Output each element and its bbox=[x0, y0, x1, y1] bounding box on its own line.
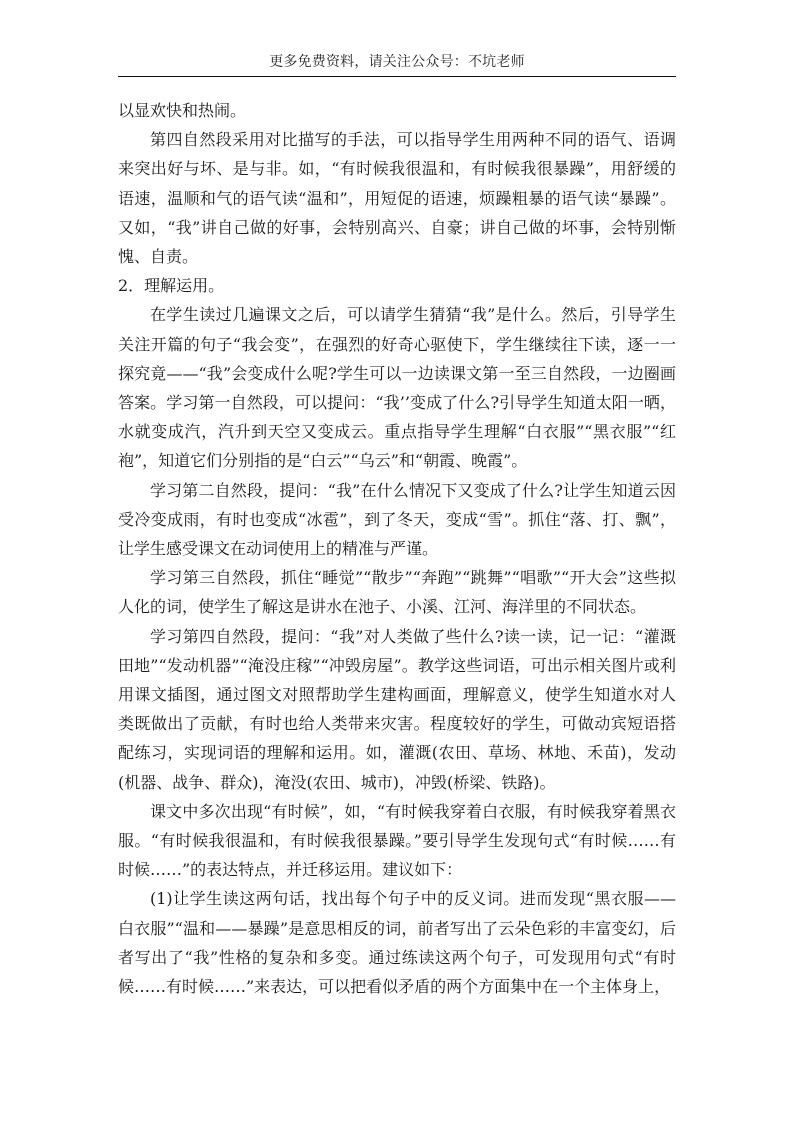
header-text: 更多免费资料，请关注公众号：不坑老师 bbox=[269, 54, 525, 70]
paragraph-guess-what-i-am: 在学生读过几遍课文之后，可以请学生猜猜“我”是什么。然后，引导学生关注开篇的句子… bbox=[118, 300, 676, 475]
document-body: 以显欢快和热闹。 第四自然段采用对比描写的手法，可以指导学生用两种不同的语气、语… bbox=[118, 96, 676, 1001]
header-divider bbox=[118, 76, 676, 77]
paragraph-second-section: 学习第二自然段，提问：“我”在什么情况下又变成了什么?让学生知道云因受冷变成雨，… bbox=[118, 476, 676, 564]
paragraph-sometimes-pattern: 课文中多次出现“有时候”，如，“有时候我穿着白衣服，有时候我穿着黑衣服。“有时候… bbox=[118, 797, 676, 885]
paragraph-continuation: 以显欢快和热闹。 bbox=[118, 96, 676, 125]
paragraph-fourth-section-reading: 第四自然段采用对比描写的手法，可以指导学生用两种不同的语气、语调来突出好与坏、是… bbox=[118, 125, 676, 271]
page-header: 更多免费资料，请关注公众号：不坑老师 bbox=[118, 52, 676, 72]
paragraph-suggestion-1: (1)让学生读这两句话，找出每个句子中的反义词。进而发现“黑衣服——白衣服”“温… bbox=[118, 884, 676, 1001]
section-heading-understanding: 2．理解运用。 bbox=[118, 271, 676, 300]
paragraph-fourth-section: 学习第四自然段，提问：“我”对人类做了些什么?读一读，记一记：“灌溉田地”“发动… bbox=[118, 622, 676, 797]
paragraph-third-section: 学习第三自然段，抓住“睡觉”“散步”“奔跑”“跳舞”“唱歌”“开大会”这些拟人化… bbox=[118, 563, 676, 621]
